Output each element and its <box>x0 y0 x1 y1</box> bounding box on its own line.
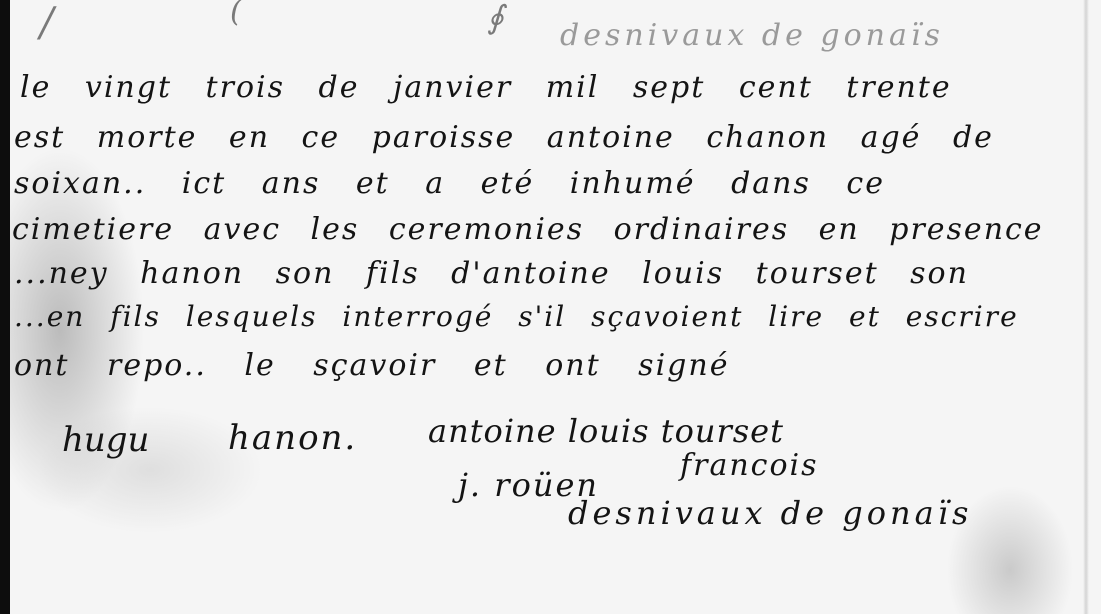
signature-desnivaux-de-gonais: desnivaux de gonaïs <box>568 494 972 532</box>
record-line-6: ...en fils lesquels interrogé s'il sçavo… <box>14 300 1019 333</box>
signature-hanon: hanon. <box>228 418 357 458</box>
signature-antoine-louis-tourset: antoine louis tourset <box>428 412 784 450</box>
record-line-3: soixan.. ict ans et a eté inhumé dans ce <box>14 166 885 201</box>
scan-edge <box>0 0 10 614</box>
stray-mark: ( <box>230 0 242 29</box>
record-line-7: ont repo.. le sçavoir et ont signé <box>14 348 729 383</box>
stray-mark: / <box>40 0 53 46</box>
document-page: / ( ∮ desnivaux de gonaïs le vingt trois… <box>0 0 1101 614</box>
record-line-1: le vingt trois de janvier mil sept cent … <box>20 70 952 105</box>
page-fold <box>1083 0 1089 614</box>
signature-hugu: hugu <box>62 420 149 460</box>
record-line-4: cimetiere avec les ceremonies ordinaires… <box>12 212 1044 247</box>
header-annotation: desnivaux de gonaïs <box>560 18 944 53</box>
signature-francois: francois <box>680 448 819 483</box>
record-line-2: est morte en ce paroisse antoine chanon … <box>14 120 994 155</box>
stray-mark: ∮ <box>487 0 504 36</box>
record-line-5: ...ney hanon son fils d'antoine louis to… <box>14 256 969 291</box>
